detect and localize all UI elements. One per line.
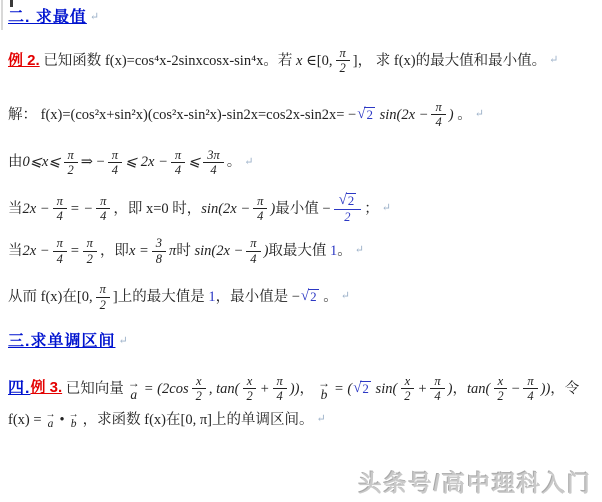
text-run: f(x)=(cos²x+sin²x)(cos²x-sin²x)-sin2x=co… — [41, 106, 357, 124]
fraction: π4 — [253, 194, 267, 224]
fraction-numerator: π — [273, 374, 287, 389]
fraction: π4 — [53, 194, 67, 224]
fraction-denominator: 4 — [430, 389, 444, 403]
fraction: x2 — [242, 374, 256, 404]
document-page: 二. 求最值↵例 2. 已知函数 f(x)=cos⁴x-2sinxcosx-si… — [0, 0, 602, 502]
fraction: π4 — [96, 194, 110, 224]
text-run: tan( — [467, 380, 490, 398]
fraction: x2 — [192, 374, 206, 404]
fraction-numerator: π — [96, 194, 110, 209]
fraction-numerator: π — [336, 46, 350, 61]
example-label: 例 3. — [30, 379, 62, 398]
text-run: ⩽ 2x − — [125, 153, 168, 171]
vector-a: →a — [128, 377, 140, 402]
paragraph-mark-icon: ↵ — [355, 244, 364, 258]
fraction-numerator: 3π — [203, 148, 224, 163]
text-run: 从而 — [8, 288, 41, 306]
text-run: 最小值 — [275, 200, 322, 218]
fraction-denominator: 4 — [171, 163, 185, 177]
sqrt: √2 — [353, 381, 371, 397]
text-run: ，即 — [113, 200, 146, 218]
document-content: 二. 求最值↵例 2. 已知函数 f(x)=cos⁴x-2sinxcosx-si… — [8, 0, 596, 430]
fraction-numerator: π — [253, 194, 267, 209]
fraction-denominator: 2 — [83, 252, 97, 266]
text-run: ，即 — [100, 242, 129, 260]
fraction-numerator: x — [243, 374, 257, 389]
text-run: ， — [299, 380, 314, 398]
fraction: π4 — [523, 374, 537, 404]
fraction-denominator: 2 — [400, 389, 414, 403]
domain-implication: 由0⩽x⩽π2⇒ −π4⩽ 2x −π4⩽3π4。↵ — [8, 146, 596, 180]
fraction-numerator: 3 — [152, 236, 166, 251]
fraction-numerator: x — [192, 374, 206, 389]
watermark: 头条号/高中理科入门 — [359, 465, 592, 498]
fraction: π2 — [96, 282, 110, 312]
text-run: x=0 — [146, 200, 169, 218]
fraction-numerator: π — [246, 236, 260, 251]
fraction-numerator: π — [96, 282, 110, 297]
fraction-numerator: π — [523, 374, 537, 389]
text-run: ， — [452, 380, 467, 398]
paragraph-mark-icon: ↵ — [549, 54, 558, 68]
text-run: ，最小值是 — [216, 288, 292, 306]
text-run: [0, π] — [181, 411, 212, 429]
fraction-denominator: 4 — [53, 252, 67, 266]
text-run: 当 — [8, 200, 23, 218]
fraction-numerator: π — [430, 374, 444, 389]
fraction-denominator: 8 — [152, 252, 166, 266]
text-run: sin(2x − — [201, 200, 250, 218]
text-run: 。 — [320, 288, 338, 306]
text-run: sin(2x − — [194, 242, 243, 260]
sqrt: √2 — [339, 193, 357, 209]
fraction: π4 — [431, 100, 445, 130]
vector-a: →a — [46, 410, 56, 431]
fraction-numerator: π — [108, 148, 122, 163]
fraction-denominator: 4 — [523, 389, 537, 403]
text-run: 时， — [169, 200, 202, 218]
text-run: 解： — [8, 106, 41, 124]
text-run: ； — [364, 200, 379, 218]
vector-b: →b — [318, 377, 330, 402]
text-run: − — [511, 380, 521, 398]
text-run: ∈[0, — [302, 52, 332, 70]
crop-border-artifact — [1, 0, 3, 30]
fraction: 3π4 — [203, 148, 224, 178]
text-run: π — [169, 242, 176, 260]
solution-simplification: 解： f(x)=(cos²x+sin²x)(cos²x-sin²x)-sin2x… — [8, 98, 596, 132]
example-label: 例 2. — [8, 52, 40, 71]
text-run: 1 — [208, 288, 215, 306]
heading-text: 二. 求最值 — [8, 8, 87, 28]
text-run: ⇒ − — [81, 153, 105, 171]
fraction-numerator: π — [53, 194, 67, 209]
text-run: f(x) = — [8, 411, 42, 429]
fraction: π4 — [108, 148, 122, 178]
vector-letter: a — [130, 388, 137, 402]
text-run: )) — [290, 380, 300, 398]
paragraph-mark-icon: ↵ — [316, 413, 325, 427]
fraction-numerator: x — [494, 374, 508, 389]
fraction-denominator: 2 — [242, 389, 256, 403]
paragraph-mark-icon: ↵ — [118, 335, 127, 349]
fraction-denominator: 2 — [64, 163, 78, 177]
vector-letter: a — [48, 419, 54, 431]
fraction-denominator: 2 — [192, 389, 206, 403]
radicand: 2 — [364, 107, 375, 122]
fraction: x2 — [493, 374, 507, 404]
fraction-numerator: π — [64, 148, 78, 163]
fraction-denominator: 2 — [96, 298, 110, 312]
sqrt: √2 — [357, 107, 375, 123]
text-run: − — [292, 288, 300, 306]
fraction-denominator: 2 — [493, 389, 507, 403]
text-run: = (2cos — [144, 380, 189, 398]
text-run: 取最大值 — [268, 242, 330, 260]
sqrt: √2 — [301, 289, 319, 305]
fraction-numerator: x — [401, 374, 415, 389]
text-run: 已知向量 — [62, 380, 124, 398]
text-run: 时 — [176, 242, 194, 260]
text-run: = — [70, 242, 80, 260]
fraction: π4 — [273, 374, 287, 404]
fraction: π4 — [430, 374, 444, 404]
text-run: [0, — [77, 288, 93, 306]
fraction: π2 — [83, 236, 97, 266]
minimum-case: 当2x −π4= −π4，即 x=0 时，sin(2x −π4)最小值 −√22… — [8, 191, 596, 226]
text-run: 。 — [454, 106, 472, 124]
text-run: 的最大值和最小值。 — [416, 52, 547, 70]
example-2-statement: 例 2. 已知函数 f(x)=cos⁴x-2sinxcosx-sin⁴x。若 x… — [8, 44, 596, 78]
text-run: 已知函数 — [40, 52, 105, 70]
text-run: ， 求 — [358, 52, 394, 70]
text-run: x = — [129, 242, 149, 260]
text-run: = − — [70, 200, 93, 218]
fraction: 38 — [152, 236, 166, 266]
fraction: π2 — [336, 46, 350, 76]
fraction: π4 — [53, 236, 67, 266]
text-run: − — [322, 200, 330, 218]
heading-text: 四. — [8, 379, 30, 399]
text-run: 0⩽x⩽ — [23, 153, 61, 171]
text-run: + — [418, 380, 428, 398]
fraction-denominator: 2 — [336, 61, 350, 75]
text-run: 在 — [62, 288, 77, 306]
text-run: 在 — [166, 411, 181, 429]
fraction-numerator: √2 — [334, 193, 362, 210]
text-run: 当 — [8, 242, 23, 260]
paragraph-mark-icon: ↵ — [90, 11, 99, 25]
text-run: 1 — [330, 242, 337, 260]
fraction-denominator: 4 — [53, 209, 67, 223]
fraction: √22 — [334, 193, 362, 224]
text-run: 。若 — [263, 52, 296, 70]
heading-section-3-monotonic: 三.求单调区间↵ — [8, 332, 596, 352]
example-3-statement: 四. 例 3. 已知向量→a= (2cosx2, tan(x2+π4))，→b=… — [8, 372, 596, 406]
example-3-question: f(x) =→a•→b，求函数 f(x)在[0, π]上的单调区间。↵ — [8, 410, 596, 431]
text-run: 。 — [337, 242, 352, 260]
text-run: ，令 — [550, 380, 579, 398]
fraction-numerator: π — [83, 236, 97, 251]
fraction-numerator: π — [431, 100, 445, 115]
text-run: 上的最大值是 — [118, 288, 209, 306]
radicand: 2 — [308, 289, 319, 304]
fraction-numerator: π — [171, 148, 185, 163]
paragraph-mark-icon: ↵ — [244, 156, 253, 170]
vector-b: →b — [69, 410, 79, 431]
fraction: π4 — [246, 236, 260, 266]
fraction-denominator: 4 — [96, 209, 110, 223]
text-run: ⩽ — [188, 153, 200, 171]
text-run: sin( — [372, 380, 397, 398]
fraction: π4 — [171, 148, 185, 178]
text-run: )) — [541, 380, 551, 398]
text-run: 。 — [227, 153, 242, 171]
fraction-denominator: 4 — [246, 252, 260, 266]
text-run: 上的单调区间。 — [212, 411, 314, 429]
fraction-denominator: 4 — [273, 389, 287, 403]
text-run: = ( — [334, 380, 352, 398]
radicand: 2 — [346, 193, 357, 208]
fraction: π2 — [64, 148, 78, 178]
text-run: , tan( — [209, 380, 240, 398]
text-run: sin(2x − — [376, 106, 428, 124]
fraction-numerator: π — [53, 236, 67, 251]
heading-section-2-extrema: 二. 求最值↵ — [8, 8, 596, 28]
text-run: • — [60, 411, 65, 429]
paragraph-mark-icon: ↵ — [341, 290, 350, 304]
text-run: f(x) — [41, 288, 63, 306]
text-run: f(x)=cos⁴x-2sinxcosx-sin⁴x — [105, 52, 263, 70]
text-run: 由 — [8, 153, 23, 171]
text-run: 2x − — [23, 200, 50, 218]
paragraph-mark-icon: ↵ — [382, 202, 391, 216]
text-run: 2x − — [23, 242, 50, 260]
conclusion: 从而 f(x)在[0,π2]上的最大值是 1，最小值是 −√2 。↵ — [8, 280, 596, 314]
fraction: x2 — [400, 374, 414, 404]
maximum-case: 当2x −π4=π2，即x =38π时 sin(2x −π4)取最大值 1。↵ — [8, 234, 596, 268]
text-run: f(x) — [144, 411, 166, 429]
fraction-denominator: 4 — [206, 163, 220, 177]
radicand: 2 — [360, 381, 371, 396]
vector-letter: b — [71, 419, 77, 431]
fraction-denominator: 4 — [431, 115, 445, 129]
text-run: f(x) — [394, 52, 416, 70]
heading-text: 三.求单调区间 — [8, 332, 115, 352]
text-run: + — [260, 380, 270, 398]
fraction-denominator: 4 — [108, 163, 122, 177]
vector-letter: b — [321, 388, 328, 402]
text-run: ，求函数 — [83, 411, 145, 429]
fraction-denominator: 4 — [253, 209, 267, 223]
fraction-denominator: 2 — [340, 210, 354, 224]
paragraph-mark-icon: ↵ — [475, 108, 484, 122]
